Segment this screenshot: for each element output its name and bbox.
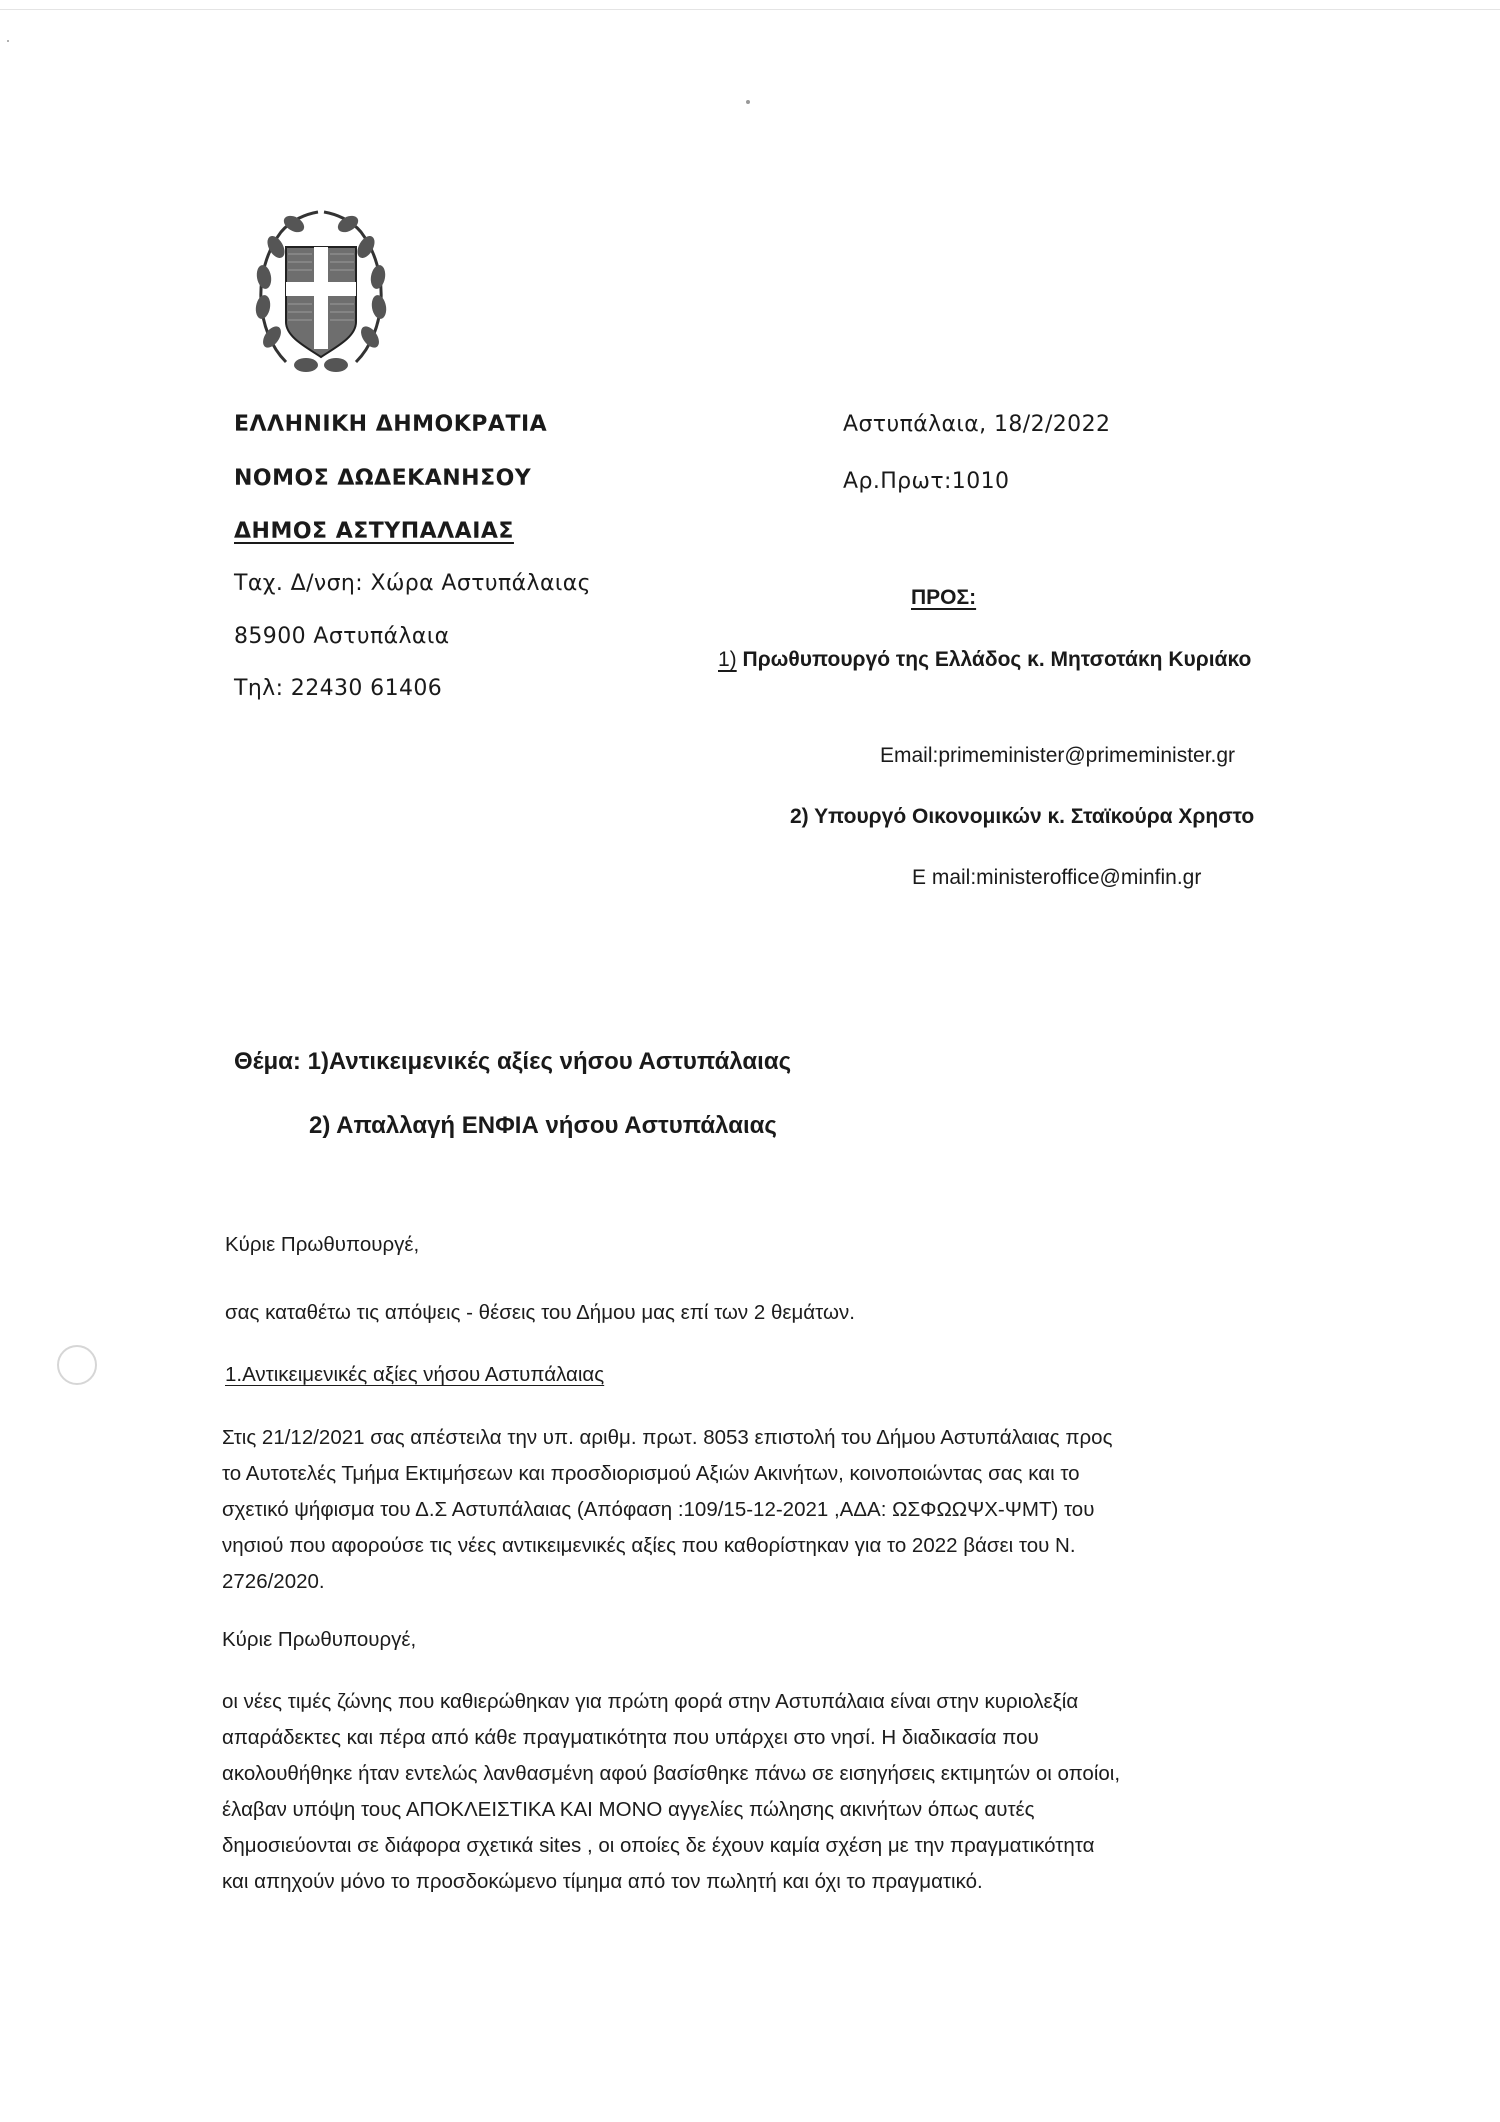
section-1-title: 1.Αντικειμενικές αξίες νήσου Αστυπάλαιας: [225, 1357, 604, 1393]
scan-edge-line: [0, 9, 1500, 10]
subject-line-2: 2) Απαλλαγή ΕΝΦΙΑ νήσου Αστυπάλαιας: [309, 1112, 777, 1140]
paragraph-2: οι νέες τιμές ζώνης που καθιερώθηκαν για…: [222, 1684, 1120, 1900]
paragraph-1-line: 2726/2020.: [222, 1564, 1112, 1600]
sender-country: ΕΛΛΗΝΙΚΗ ΔΗΜΟΚΡΑΤΙΑ: [234, 412, 547, 437]
recipient-1-email[interactable]: Email:primeminister@primeminister.gr: [880, 744, 1235, 768]
paragraph-1-line: Στις 21/12/2021 σας απέστειλα την υπ. αρ…: [222, 1420, 1112, 1456]
salutation-2: Κύριε Πρωθυπουργέ,: [222, 1622, 416, 1658]
scan-speck: [7, 40, 9, 42]
paragraph-1-line: νησιού που αφορούσε τις νέες αντικειμενι…: [222, 1528, 1112, 1564]
sender-postal-code: 85900 Αστυπάλαια: [234, 624, 450, 649]
intro-sentence: σας καταθέτω τις απόψεις - θέσεις του Δή…: [225, 1295, 855, 1331]
recipients-heading: ΠΡΟΣ:: [911, 586, 976, 610]
paragraph-2-line: οι νέες τιμές ζώνης που καθιερώθηκαν για…: [222, 1684, 1120, 1720]
scanned-letter-page: ΕΛΛΗΝΙΚΗ ΔΗΜΟΚΡΑΤΙΑ ΝΟΜΟΣ ΔΩΔΕΚΑΝΗΣΟΥ ΔΗ…: [0, 0, 1500, 2122]
place-and-date: Αστυπάλαια, 18/2/2022: [843, 412, 1110, 437]
paragraph-1-line: σχετικό ψήφισμα του Δ.Σ Αστυπάλαιας (Από…: [222, 1492, 1112, 1528]
paragraph-2-line: έλαβαν υπόψη τους ΑΠΟΚΛΕΙΣΤΙΚΑ ΚΑΙ ΜΟΝΟ …: [222, 1792, 1120, 1828]
protocol-number: Αρ.Πρωτ:1010: [843, 469, 1009, 494]
sender-phone: Τηλ: 22430 61406: [234, 676, 442, 701]
recipient-2-name: 2) Υπουργό Οικονομικών κ. Σταϊκούρα Χρησ…: [790, 805, 1254, 829]
punch-hole-mark: [57, 1345, 97, 1385]
subject-line-1: Θέμα: 1)Αντικειμενικές αξίες νήσου Αστυπ…: [234, 1048, 791, 1076]
greek-coat-of-arms-icon: [246, 202, 396, 382]
paragraph-1-line: το Αυτοτελές Τμήμα Εκτιμήσεων και προσδι…: [222, 1456, 1112, 1492]
paragraph-2-line: και απηχούν μόνο το προσδοκώμενο τίμημα …: [222, 1864, 1120, 1900]
sender-municipality: ΔΗΜΟΣ ΑΣΤΥΠΑΛΑΙΑΣ: [234, 519, 514, 544]
recipient-1-number: 1): [718, 648, 737, 671]
recipient-1-name: Πρωθυπουργό της Ελλάδος κ. Μητσοτάκη Κυρ…: [737, 648, 1252, 671]
paragraph-1: Στις 21/12/2021 σας απέστειλα την υπ. αρ…: [222, 1420, 1112, 1600]
salutation: Κύριε Πρωθυπουργέ,: [225, 1227, 419, 1263]
sender-prefecture: ΝΟΜΟΣ ΔΩΔΕΚΑΝΗΣΟΥ: [234, 466, 531, 491]
scan-speck: [746, 100, 750, 104]
recipient-2-email[interactable]: E mail:ministeroffice@minfin.gr: [912, 866, 1201, 890]
sender-address: Ταχ. Δ/νση: Χώρα Αστυπάλαιας: [234, 571, 591, 596]
paragraph-2-line: δημοσιεύονται σε διάφορα σχετικά sites ,…: [222, 1828, 1120, 1864]
paragraph-2-line: ακολουθήθηκε ήταν εντελώς λανθασμένη αφο…: [222, 1756, 1120, 1792]
recipient-1: 1) Πρωθυπουργό της Ελλάδος κ. Μητσοτάκη …: [718, 648, 1251, 672]
paragraph-2-line: απαράδεκτες και πέρα από κάθε πραγματικό…: [222, 1720, 1120, 1756]
